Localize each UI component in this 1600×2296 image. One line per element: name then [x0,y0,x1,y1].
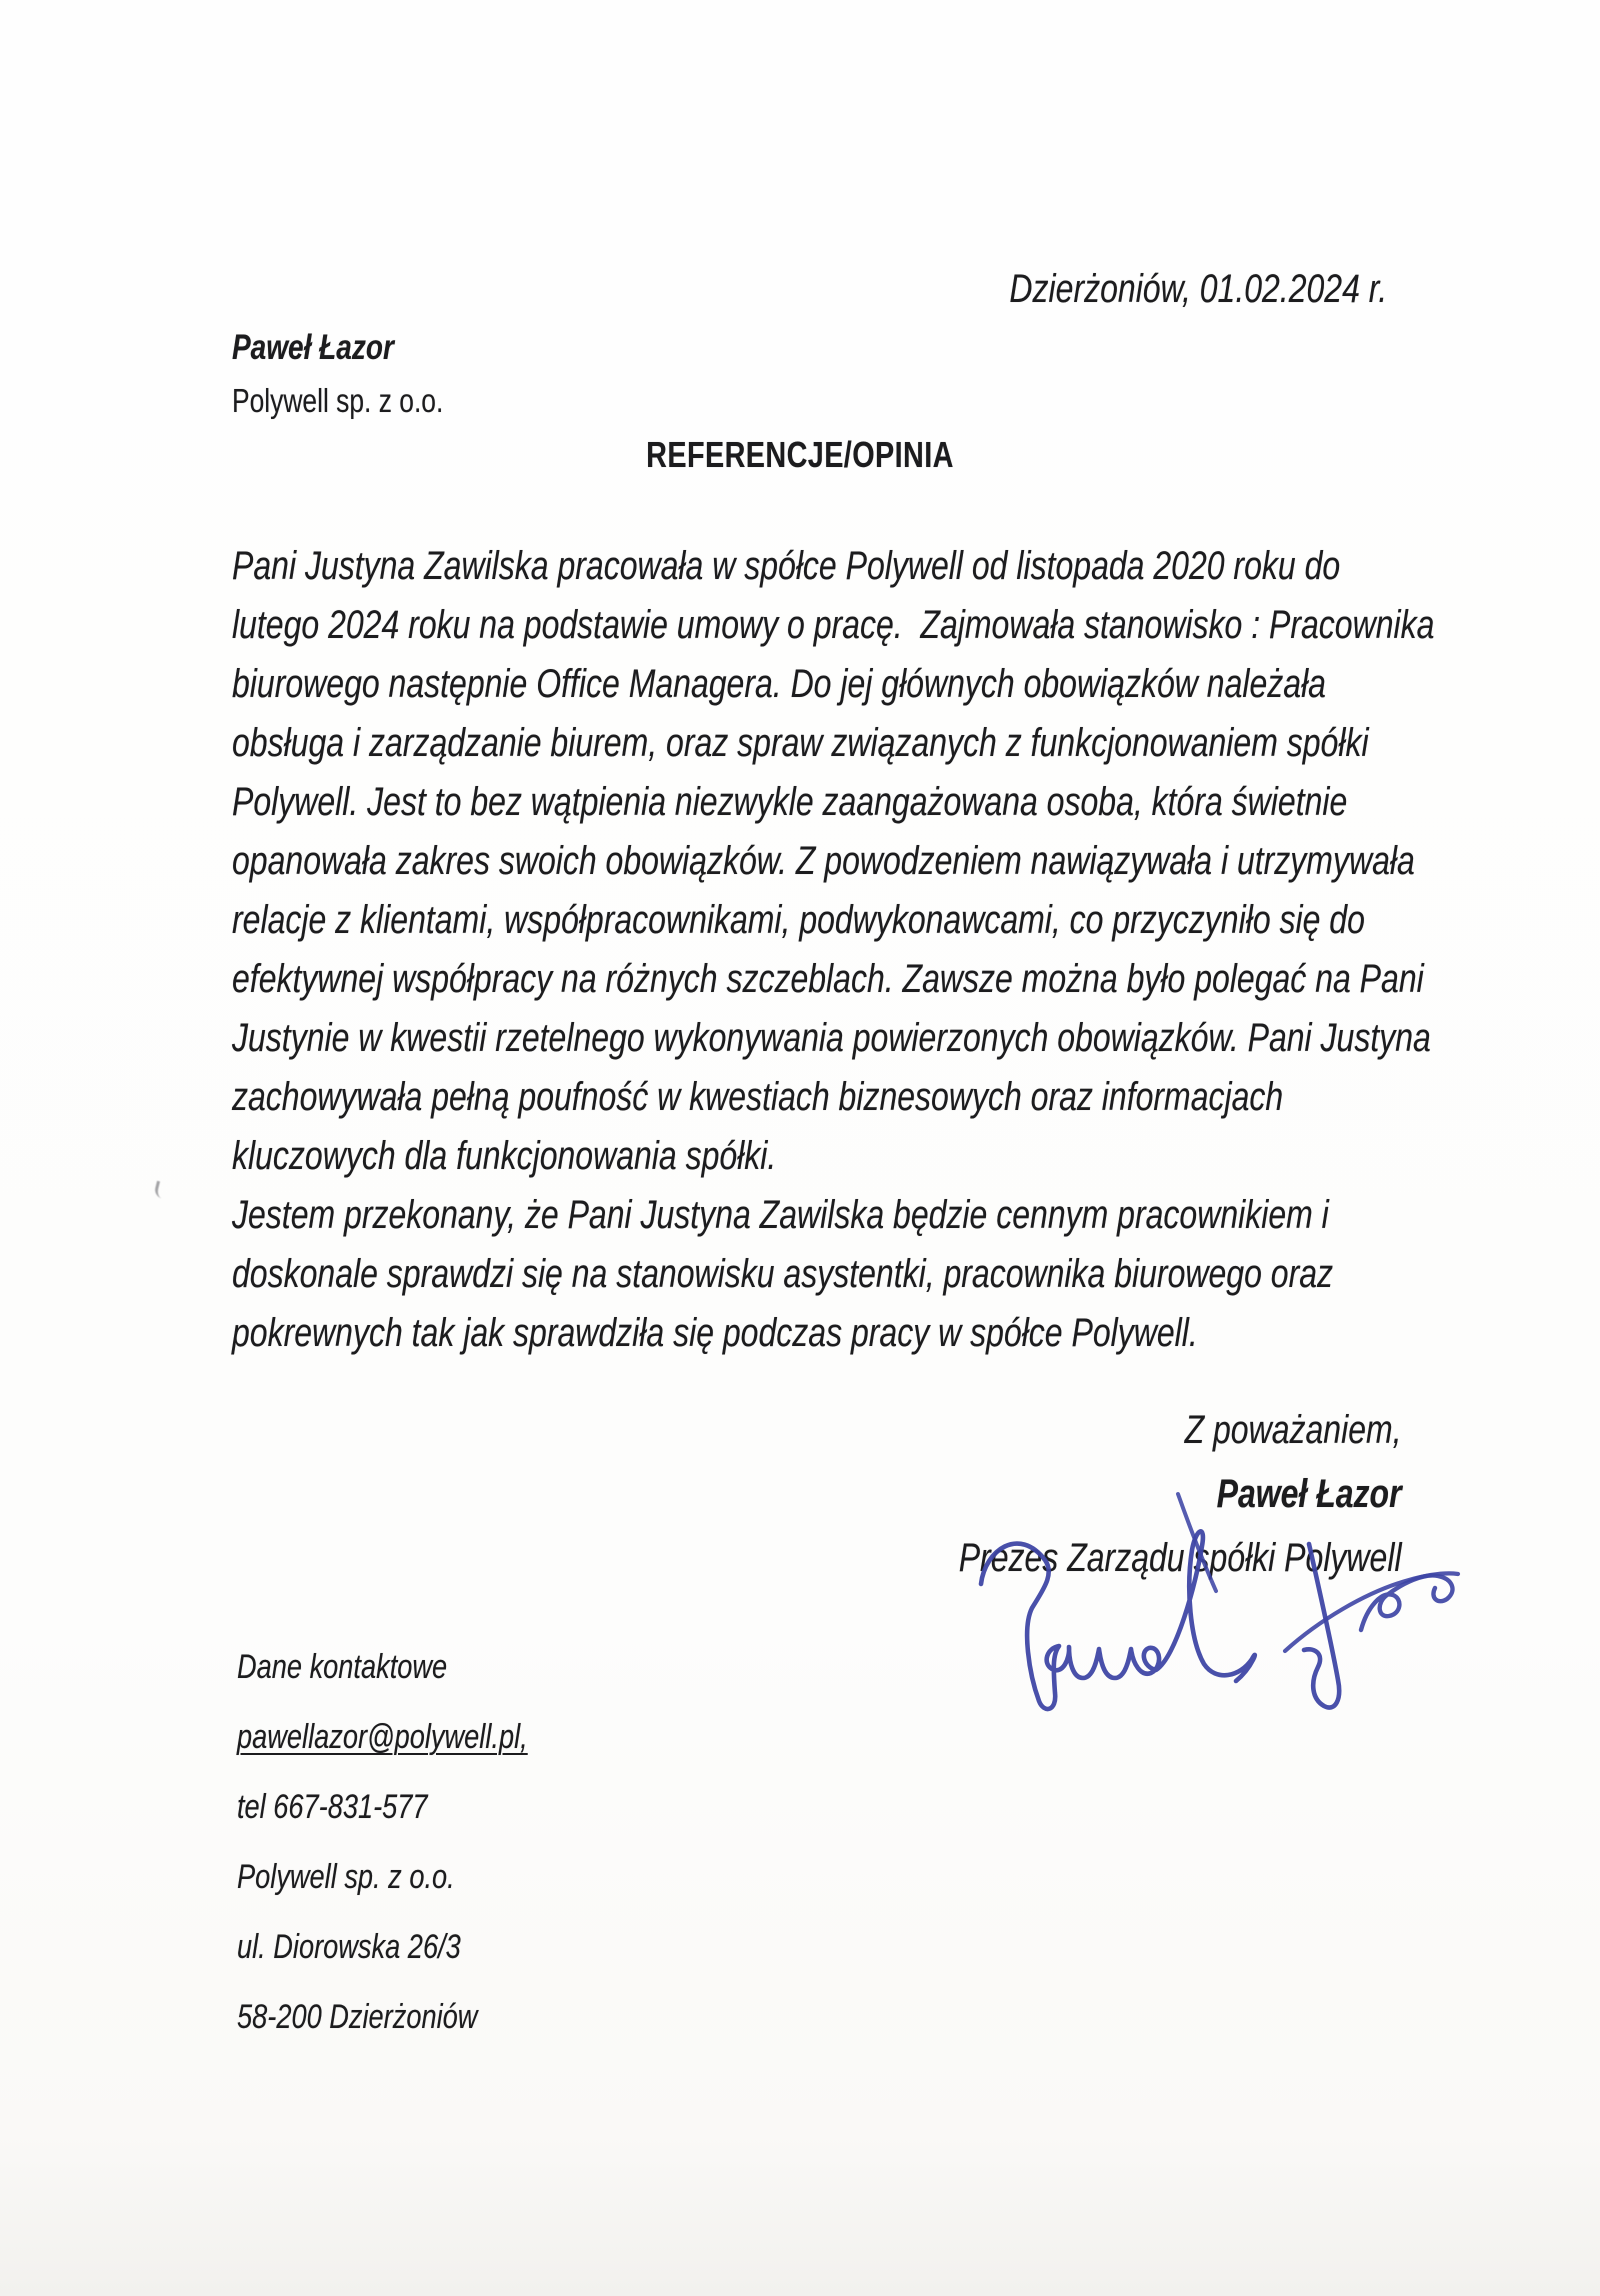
signature-ink-icon [965,1488,1485,1718]
contact-street: ul. Diorowska 26/3 [237,1912,528,1982]
letter-title: REFERENCJE/OPINIA [160,433,1440,477]
contact-company: Polywell sp. z o.o. [237,1842,528,1912]
scanned-letter-page: Dzierżoniów, 01.02.2024 r. Paweł Łazor P… [0,0,1600,2296]
contact-phone: tel 667-831-577 [237,1772,528,1842]
title-row: REFERENCJE/OPINIA [0,433,1600,477]
contact-city: 58-200 Dzierżoniów [237,1982,528,2052]
contact-email: pawellazor@polywell.pl, [237,1702,528,1772]
scan-artifact-speck [153,1181,169,1199]
contact-label: Dane kontaktowe [237,1632,528,1702]
sender-name: Paweł Łazor [232,326,443,370]
date-line: Dzierżoniów, 01.02.2024 r. [1009,266,1387,312]
sender-company: Polywell sp. z o.o. [232,380,443,422]
closing-salutation: Z poważaniem, [959,1398,1402,1462]
letter-body-text: Pani Justyna Zawilska pracowała w spółce… [232,537,1434,1363]
contact-block: Dane kontaktowe pawellazor@polywell.pl, … [237,1632,528,2052]
sender-block: Paweł Łazor Polywell sp. z o.o. [232,326,496,422]
